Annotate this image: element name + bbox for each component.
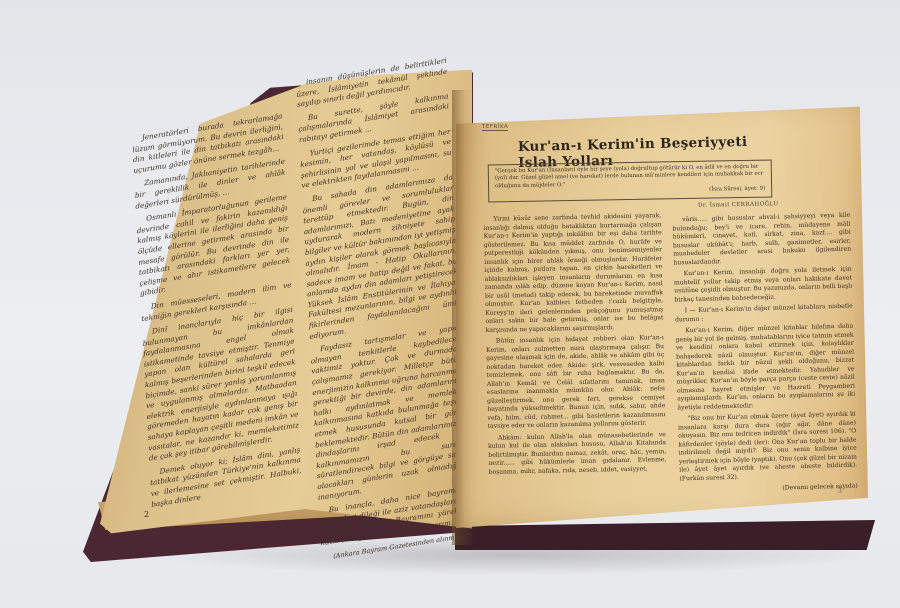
paragraph: Yirmi küsür sene zarfında tevhid akidesi… bbox=[483, 212, 663, 335]
section-label: TEFRİKA bbox=[482, 124, 508, 131]
page-number-right: 3 bbox=[838, 488, 842, 495]
book-gutter bbox=[452, 90, 474, 545]
photo-scene: Jeneratörleri burada tekrarlamağa lüzum … bbox=[0, 0, 900, 608]
section-heading: I — Kur'an-ı Kerim'in diğer münzel kitab… bbox=[675, 303, 853, 325]
left-column-2: insanın düşünüşlerin de belirttikleri üz… bbox=[296, 56, 472, 564]
paragraph: "Biz onu bir Kur'an olmak üzere (âyet ây… bbox=[678, 410, 858, 483]
paragraph: Faydasız tartışmalar ve yapıcı olmayan t… bbox=[310, 323, 469, 503]
page-number-left: 2 bbox=[144, 510, 149, 519]
left-column-1: Jeneratörleri burada tekrarlamağa lüzum … bbox=[132, 111, 303, 514]
right-column-2: vâris..... gibi hususlar ahval-i şahsiyy… bbox=[672, 212, 858, 496]
paragraph: Bu sahada din adamlarımıza da önemli gör… bbox=[302, 172, 460, 342]
right-column-1: Yirmi küsür sene zarfında tevhid akidesi… bbox=[483, 212, 666, 480]
paragraph: Kur'an-ı Kerim, diğer münzel kitablar hi… bbox=[675, 323, 855, 413]
paragraph: Bütün insanlık için hidayet rehberi olan… bbox=[486, 334, 666, 431]
paragraph: Dinî inançlarıyla hiç bir ilgisi bulunma… bbox=[142, 305, 300, 464]
cover-right-board bbox=[455, 520, 875, 550]
paragraph: Ahkâm: kulun Allah'la olan münasebetleri… bbox=[488, 431, 667, 477]
paragraph: vâris..... gibi hususlar ahval-i şahsiyy… bbox=[672, 212, 851, 268]
paragraph: Kur'an-ı Kerim, insanlığı doğru yola ile… bbox=[674, 266, 853, 305]
epigraph-box: "Gerçek bu Kur'an (İnsanları) öyle bir ş… bbox=[488, 160, 773, 203]
